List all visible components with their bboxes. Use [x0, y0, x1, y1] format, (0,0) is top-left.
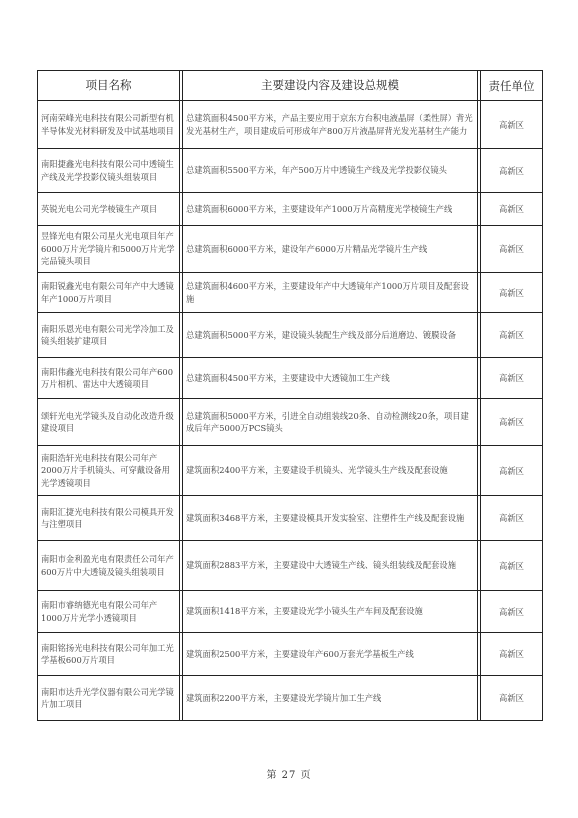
- document-page: 项目名称 主要建设内容及建设总规模 责任单位 河南荣峰光电科技有限公司新型有机半…: [0, 0, 578, 818]
- table-row: 南阳市达升光学仪器有限公司光学镜片加工项目 建筑面积2200平方米，主要建设光学…: [38, 676, 543, 721]
- project-name-cell: 南阳捷鑫光电科技有限公司中透镜生产线及光学投影仪镜头组装项目: [38, 149, 180, 193]
- construction-content-cell: 总建筑面积4500平方米，主要建设中大透镜加工生产线: [183, 358, 478, 399]
- responsible-unit-cell: 高新区: [481, 591, 543, 633]
- table-row: 南阳浩轩光电科技有限公司年产2000万片手机镜头、可穿戴设备用光学透镜项目 建筑…: [38, 446, 543, 496]
- construction-content-cell: 总建筑面积5000平方米，建设镜头装配生产线及部分后道磨边、镀膜设备: [183, 313, 478, 358]
- construction-content-cell: 建筑面积2200平方米，主要建设光学镜片加工生产线: [183, 676, 478, 721]
- construction-content-cell: 建筑面积3468平方米，主要建设模具开发实验室、注塑件生产线及配套设施: [183, 496, 478, 541]
- table-row: 南阳市金利盈光电有限责任公司年产600万片中大透镜及镜头组装项目 建筑面积288…: [38, 541, 543, 591]
- construction-content-cell: 总建筑面积4600平方米，主要建设年产中大透镜年产1000万片项目及配套设施: [183, 273, 478, 313]
- responsible-unit-cell: 高新区: [481, 358, 543, 399]
- table-row: 昱锋光电有限公司星火光电项目年产6000万片光学镜片和5000万片光学完品镜头项…: [38, 226, 543, 273]
- responsible-unit-cell: 高新区: [481, 399, 543, 446]
- responsible-unit-cell: 高新区: [481, 313, 543, 358]
- project-name-cell: 河南荣峰光电科技有限公司新型有机半导体发光材料研发及中试基地项目: [38, 101, 180, 149]
- responsible-unit-cell: 高新区: [481, 226, 543, 273]
- construction-content-cell: 总建筑面积6000平方米，主要建设年产1000万片高精度光学棱镜生产线: [183, 193, 478, 226]
- project-name-cell: 英锐光电公司光学棱镜生产项目: [38, 193, 180, 226]
- responsible-unit-cell: 高新区: [481, 633, 543, 676]
- project-name-cell: 南阳市金利盈光电有限责任公司年产600万片中大透镜及镜头组装项目: [38, 541, 180, 591]
- construction-content-cell: 总建筑面积5500平方米，年产500万片中透镜生产线及光学投影仪镜头: [183, 149, 478, 193]
- responsible-unit-cell: 高新区: [481, 676, 543, 721]
- table-row: 南阳捷鑫光电科技有限公司中透镜生产线及光学投影仪镜头组装项目 总建筑面积5500…: [38, 149, 543, 193]
- project-name-cell: 南阳市睿纳德光电有限公司年产1000万片光学小透镜项目: [38, 591, 180, 633]
- construction-content-cell: 总建筑面积4500平方米，产品主要应用于京东方台积电液晶屏（柔性屏）背光发光基材…: [183, 101, 478, 149]
- project-name-cell: 南阳乐恩光电有限公司光学冷加工及镜头组装扩建项目: [38, 313, 180, 358]
- table-row: 南阳铭扬光电科技有限公司年加工光学基板600万片项目 建筑面积2500平方米，主…: [38, 633, 543, 676]
- table-row: 颂轩光电光学镜头及自动化改造升级建设项目 总建筑面积5000平方米，引进全自动组…: [38, 399, 543, 446]
- construction-content-cell: 建筑面积1418平方米，主要建设光学小镜头生产车间及配套设施: [183, 591, 478, 633]
- table-row: 南阳伟鑫光电科技有限公司年产600万片相机、雷达中大透镜项目 总建筑面积4500…: [38, 358, 543, 399]
- table-row: 英锐光电公司光学棱镜生产项目 总建筑面积6000平方米，主要建设年产1000万片…: [38, 193, 543, 226]
- project-name-cell: 南阳锐鑫光电有限公司年产中大透镜年产1000万片项目: [38, 273, 180, 313]
- header-construction-content: 主要建设内容及建设总规模: [183, 71, 478, 101]
- table-row: 南阳市睿纳德光电有限公司年产1000万片光学小透镜项目 建筑面积1418平方米，…: [38, 591, 543, 633]
- responsible-unit-cell: 高新区: [481, 149, 543, 193]
- table-header-row: 项目名称 主要建设内容及建设总规模 责任单位: [38, 71, 543, 101]
- project-name-cell: 昱锋光电有限公司星火光电项目年产6000万片光学镜片和5000万片光学完品镜头项…: [38, 226, 180, 273]
- responsible-unit-cell: 高新区: [481, 273, 543, 313]
- construction-content-cell: 建筑面积2400平方米，主要建设手机镜头、光学镜头生产线及配套设施: [183, 446, 478, 496]
- construction-content-cell: 建筑面积2500平方米，主要建设年产600万套光学基板生产线: [183, 633, 478, 676]
- project-name-cell: 南阳市达升光学仪器有限公司光学镜片加工项目: [38, 676, 180, 721]
- project-name-cell: 南阳浩轩光电科技有限公司年产2000万片手机镜头、可穿戴设备用光学透镜项目: [38, 446, 180, 496]
- construction-content-cell: 总建筑面积6000平方米，建设年产6000万片精品光学镜片生产线: [183, 226, 478, 273]
- page-number: 第 27 页: [0, 766, 578, 781]
- project-name-cell: 颂轩光电光学镜头及自动化改造升级建设项目: [38, 399, 180, 446]
- responsible-unit-cell: 高新区: [481, 101, 543, 149]
- table-row: 南阳锐鑫光电有限公司年产中大透镜年产1000万片项目 总建筑面积4600平方米，…: [38, 273, 543, 313]
- responsible-unit-cell: 高新区: [481, 541, 543, 591]
- table-row: 河南荣峰光电科技有限公司新型有机半导体发光材料研发及中试基地项目 总建筑面积45…: [38, 101, 543, 149]
- responsible-unit-cell: 高新区: [481, 496, 543, 541]
- table-row: 南阳汇捷光电科技有限公司模具开发与注塑项目 建筑面积3468平方米，主要建设模具…: [38, 496, 543, 541]
- table-row: 南阳乐恩光电有限公司光学冷加工及镜头组装扩建项目 总建筑面积5000平方米，建设…: [38, 313, 543, 358]
- construction-content-cell: 总建筑面积5000平方米，引进全自动组装线20条、自动检测线20条，项目建成后年…: [183, 399, 478, 446]
- header-responsible-unit: 责任单位: [481, 71, 543, 101]
- project-name-cell: 南阳铭扬光电科技有限公司年加工光学基板600万片项目: [38, 633, 180, 676]
- project-name-cell: 南阳汇捷光电科技有限公司模具开发与注塑项目: [38, 496, 180, 541]
- responsible-unit-cell: 高新区: [481, 193, 543, 226]
- project-table: 项目名称 主要建设内容及建设总规模 责任单位 河南荣峰光电科技有限公司新型有机半…: [37, 70, 543, 721]
- header-project-name: 项目名称: [38, 71, 180, 101]
- construction-content-cell: 建筑面积2883平方米，主要建设中大透镜生产线、镜头组装线及配套设施: [183, 541, 478, 591]
- project-name-cell: 南阳伟鑫光电科技有限公司年产600万片相机、雷达中大透镜项目: [38, 358, 180, 399]
- responsible-unit-cell: 高新区: [481, 446, 543, 496]
